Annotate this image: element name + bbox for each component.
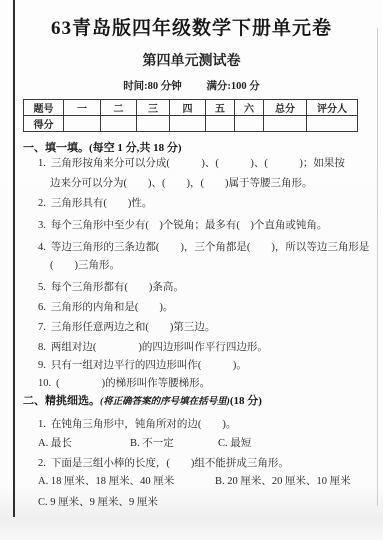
section2-heading: 二、精挑细选。(将正确答案的序号填在括号里)(18 分) [23,392,262,408]
exam-paper: 63青岛版四年级数学下册单元卷 第四单元测试卷 时间:80 分钟 满分:100 … [0,0,383,540]
option-b: B. 20 厘米、20 厘米、10 厘米 [215,473,351,488]
options-row-s2-2b: C. 9 厘米、9 厘米、9 厘米 [0,494,383,508]
option-a: A. 18 厘米、18 厘米、40 厘米 [38,473,174,488]
question-number: 1. [38,158,46,169]
question-line-s1-8: 8.两组对边( )的四边形叫作平行四边形。 [38,339,268,354]
question-text: 在钝角三角形中，钝角所对的边( )。 [51,419,237,430]
question-line-s1-2: 2.三角形具有( )性。 [38,195,152,210]
question-line-s1-10: 10.( )的梯形叫作等腰梯形。 [38,375,210,390]
question-text: 三角形按角来分可以分成( )、( )、( )；如果按 [51,158,345,169]
score-cell [137,116,170,132]
score-cell [264,116,307,132]
header-cell: 二 [101,100,137,116]
options-row-s2-2a: A. 18 厘米、18 厘米、40 厘米 B. 20 厘米、20 厘米、10 厘… [0,473,383,487]
score-cell [307,116,358,132]
score-cell [235,116,264,132]
option-b: B. 不一定 [130,435,174,450]
page-title: 63青岛版四年级数学下册单元卷 [0,13,383,40]
options-row-s2-1: A. 最长 B. 不一定 C. 最短 [0,435,383,449]
score-row-label: 得分 [24,116,64,132]
header-cell: 一 [64,100,101,116]
question-line-s1-1-cont: 边来分可以分为( )、( )，( )属于等腰三角形。 [50,175,312,190]
question-text: 两组对边( )的四边形叫作平行四边形。 [51,342,268,353]
page-subtitle: 第四单元测试卷 [0,50,383,70]
question-number: 8. [38,342,46,353]
question-text: ( )三角形。 [50,260,120,271]
section1-heading: 一、填一填。(每空 1 分,共 18 分) [23,139,182,155]
score-table: 题号 一 二 三 四 五 六 总分 评分人 得分 [23,99,358,132]
question-text: 每个三角形中至少有( )个锐角；最多有( )个直角或钝角。 [51,220,328,231]
question-line-s1-1: 1.三角形按角来分可以分成( )、( )、( )；如果按 [38,155,345,170]
question-line-s1-4: 4.等边三角形的三条边都( )，三个角都是( )，所以等边三角形是 [38,239,369,254]
question-number: 2. [38,198,46,209]
question-number: 4. [38,242,46,253]
question-line-s2-1: 1.在钝角三角形中，钝角所对的边( )。 [38,416,236,431]
question-text: 三角形的内角和是( )。 [51,302,174,313]
question-line-s1-7: 7.三角形任意两边之和( )第三边。 [38,319,215,334]
score-cell [206,116,235,132]
header-cell: 三 [137,100,170,116]
question-text: 每个三角形都有( )条高。 [51,282,184,293]
question-text: 三角形任意两边之和( )第三边。 [51,322,216,333]
question-line-s2-2: 2.下面是三组小棒的长度，( )组不能拼成三角形。 [38,455,289,470]
question-line-s1-3: 3.每个三角形中至少有( )个锐角；最多有( )个直角或钝角。 [38,217,327,232]
time-label: 时间:80 分钟 [123,78,182,93]
score-cell [64,116,101,132]
option-c: C. 9 厘米、9 厘米、9 厘米 [38,494,158,509]
question-text: 等边三角形的三条边都( )，三个角都是( )，所以等边三角形是 [51,242,370,253]
question-text: 三角形具有( )性。 [51,198,153,209]
option-c: C. 最短 [218,435,251,450]
question-line-s1-6: 6.三角形的内角和是( )。 [38,299,173,314]
header-cell: 六 [235,100,264,116]
score-table-score-row: 得分 [24,116,358,132]
question-line-s1-4-cont: ( )三角形。 [50,257,120,272]
question-number: 3. [38,220,46,231]
question-text: 下面是三组小棒的长度，( )组不能拼成三角形。 [51,458,289,469]
section2-heading-points: (18 分) [230,395,262,407]
header-cell: 题号 [24,100,64,116]
header-cell: 五 [206,100,235,116]
question-text: 边来分可以分为( )、( )，( )属于等腰三角形。 [50,178,312,189]
question-line-s1-9: 9.只有一组对边平行的四边形叫作( )。 [38,357,247,372]
score-cell [101,116,137,132]
question-number: 6. [38,302,46,313]
section2-heading-main: 二、精挑细选。 [23,395,100,407]
header-cell: 总分 [264,100,307,116]
section2-heading-note: (将正确答案的序号填在括号里) [100,397,230,407]
question-text: 只有一组对边平行的四边形叫作( )。 [51,360,247,371]
question-number: 5. [38,282,46,293]
question-number: 9. [38,360,46,371]
question-number: 2. [38,458,46,469]
header-cell: 四 [170,100,206,116]
question-number: 10. [38,378,51,389]
exam-meta: 时间:80 分钟 满分:100 分 [0,78,383,93]
score-table-header-row: 题号 一 二 三 四 五 六 总分 评分人 [24,100,358,116]
question-number: 1. [38,419,46,430]
score-cell [170,116,206,132]
full-score-label: 满分:100 分 [206,78,259,93]
option-a: A. 最长 [38,435,72,450]
question-number: 7. [38,322,46,333]
header-cell: 评分人 [307,100,358,116]
question-text: ( )的梯形叫作等腰梯形。 [56,378,210,389]
question-line-s1-5: 5.每个三角形都有( )条高。 [38,279,184,294]
